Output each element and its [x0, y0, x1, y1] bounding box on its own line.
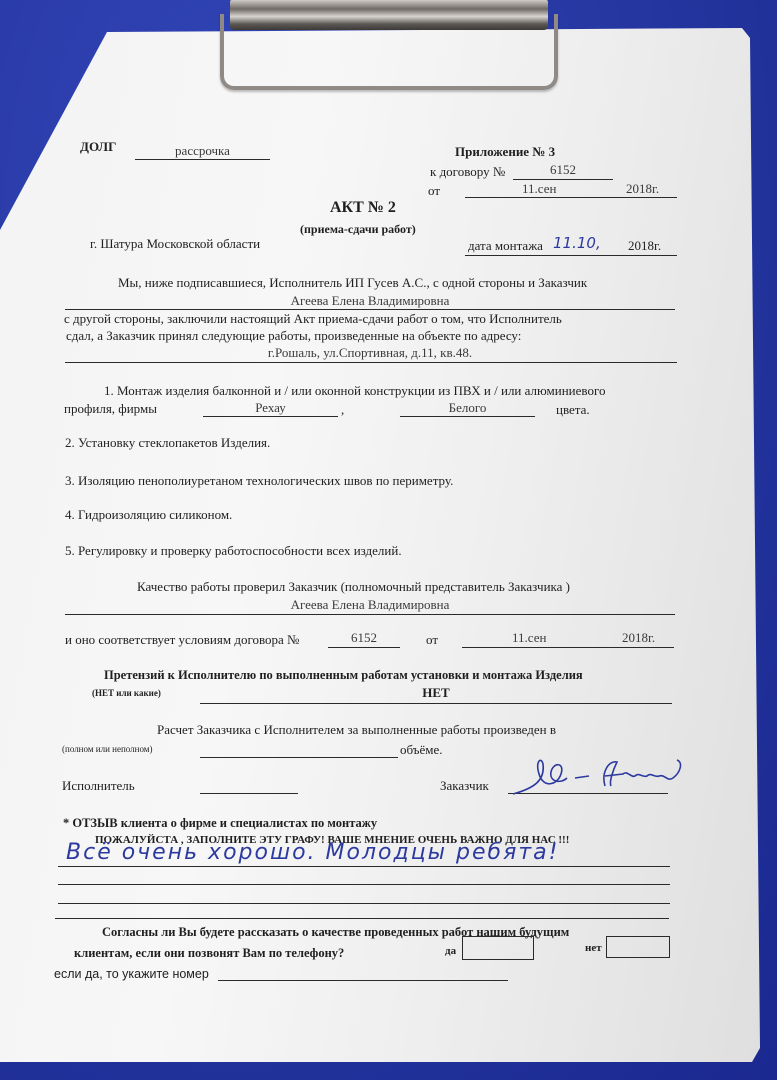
install-date-underline	[465, 255, 677, 256]
object-address: г.Рошаль, ул.Спортивная, д.11, кв.48.	[65, 345, 675, 361]
brand-comma: ,	[341, 402, 344, 418]
yes-label: да	[445, 945, 456, 957]
contract-year: 2018г.	[626, 181, 659, 197]
claims-hint: (НЕТ или какие)	[92, 688, 161, 698]
quality-contract-year: 2018г.	[622, 630, 655, 646]
feedback-handwritten[interactable]: Всё очень хорошо. Молодцы ребята!	[66, 840, 559, 865]
work-item-1-line-2-label: профиля, фирмы	[64, 401, 157, 417]
from-label: от	[428, 183, 440, 199]
contractor-signature-line[interactable]	[200, 793, 298, 794]
customer-name-underline	[65, 309, 675, 310]
phone-underline	[218, 980, 508, 981]
no-checkbox[interactable]	[606, 936, 670, 958]
payment-text: Расчет Заказчика с Исполнителем за выпол…	[157, 722, 556, 738]
quality-from-label: от	[426, 632, 438, 648]
payment-suffix: объёме.	[400, 742, 443, 758]
yes-checkbox[interactable]	[462, 936, 534, 960]
feedback-line-1	[58, 866, 670, 867]
city-label: г. Шатура Московской области	[90, 236, 260, 252]
quality-customer-name: Агеева Елена Владимировна	[65, 597, 675, 613]
feedback-line-2	[58, 884, 670, 885]
work-item-5: 5. Регулировку и проверку работоспособно…	[65, 543, 402, 559]
quality-customer-underline	[65, 614, 675, 615]
conforms-label: и оно соответствует условиям договора №	[65, 632, 299, 648]
parties-intro: Мы, ниже подписавшиеся, Исполнитель ИП Г…	[118, 275, 587, 291]
parties-line-2: с другой стороны, заключили настоящий Ак…	[64, 311, 562, 327]
work-item-2: 2. Установку стеклопакетов Изделия.	[65, 435, 270, 451]
quality-contract-number-underline	[328, 647, 400, 648]
claims-title: Претензий к Исполнителю по выполненным р…	[104, 668, 583, 683]
payment-hint: (полном или неполном)	[62, 744, 153, 754]
debt-underline	[135, 159, 270, 160]
quality-date-underline	[462, 647, 674, 648]
profile-brand-underline	[203, 416, 338, 417]
contract-number: 6152	[513, 162, 613, 178]
quality-checked-by: Качество работы проверил Заказчик (полно…	[137, 579, 570, 595]
payment-underline	[200, 757, 398, 758]
quality-contract-date: 11.сен	[512, 630, 546, 646]
contractor-label: Исполнитель	[62, 778, 135, 794]
profile-color-underline	[400, 416, 535, 417]
referral-question-line-2: клиентам, если они позвонят Вам по телеф…	[74, 946, 344, 961]
install-year: 2018г.	[628, 238, 661, 254]
customer-name: Агеева Елена Владимировна	[65, 293, 675, 309]
parties-line-3: сдал, а Заказчик принял следующие работы…	[66, 328, 521, 344]
claims-value: НЕТ	[200, 685, 672, 701]
customer-signature	[505, 752, 720, 800]
quality-contract-number: 6152	[328, 630, 400, 646]
contract-date-underline	[465, 197, 677, 198]
install-date-handwritten: 11.10,	[553, 234, 601, 252]
appendix-title: Приложение № 3	[455, 144, 555, 160]
address-underline	[65, 362, 677, 363]
claims-underline	[200, 703, 672, 704]
no-label: нет	[585, 942, 602, 954]
debt-label: ДОЛГ	[80, 139, 116, 155]
work-item-1-line-1: 1. Монтаж изделия балконной и / или окон…	[104, 383, 605, 399]
act-subtitle: (приема-сдачи работ)	[300, 222, 416, 237]
customer-label: Заказчик	[440, 778, 489, 794]
act-title: АКТ № 2	[330, 199, 396, 217]
profile-brand: Рехау	[203, 400, 338, 416]
contract-number-underline	[513, 179, 613, 180]
clip-bar	[230, 0, 548, 30]
feedback-title: * ОТЗЫВ клиента о фирме и специалистах п…	[63, 816, 377, 831]
clipboard-clip	[218, 0, 558, 95]
debt-value: рассрочка	[135, 143, 270, 159]
color-suffix: цвета.	[556, 402, 590, 418]
install-date-label: дата монтажа	[468, 238, 543, 254]
phone-label: если да, то укажите номер	[54, 967, 209, 981]
feedback-line-4	[55, 918, 669, 919]
work-item-3: 3. Изоляцию пенополиуретаном технологиче…	[65, 473, 453, 489]
feedback-line-3	[58, 903, 670, 904]
work-item-4: 4. Гидроизоляцию силиконом.	[65, 507, 232, 523]
profile-color: Белого	[400, 400, 535, 416]
contract-date: 11.сен	[522, 181, 556, 197]
contract-label: к договору №	[430, 164, 505, 180]
